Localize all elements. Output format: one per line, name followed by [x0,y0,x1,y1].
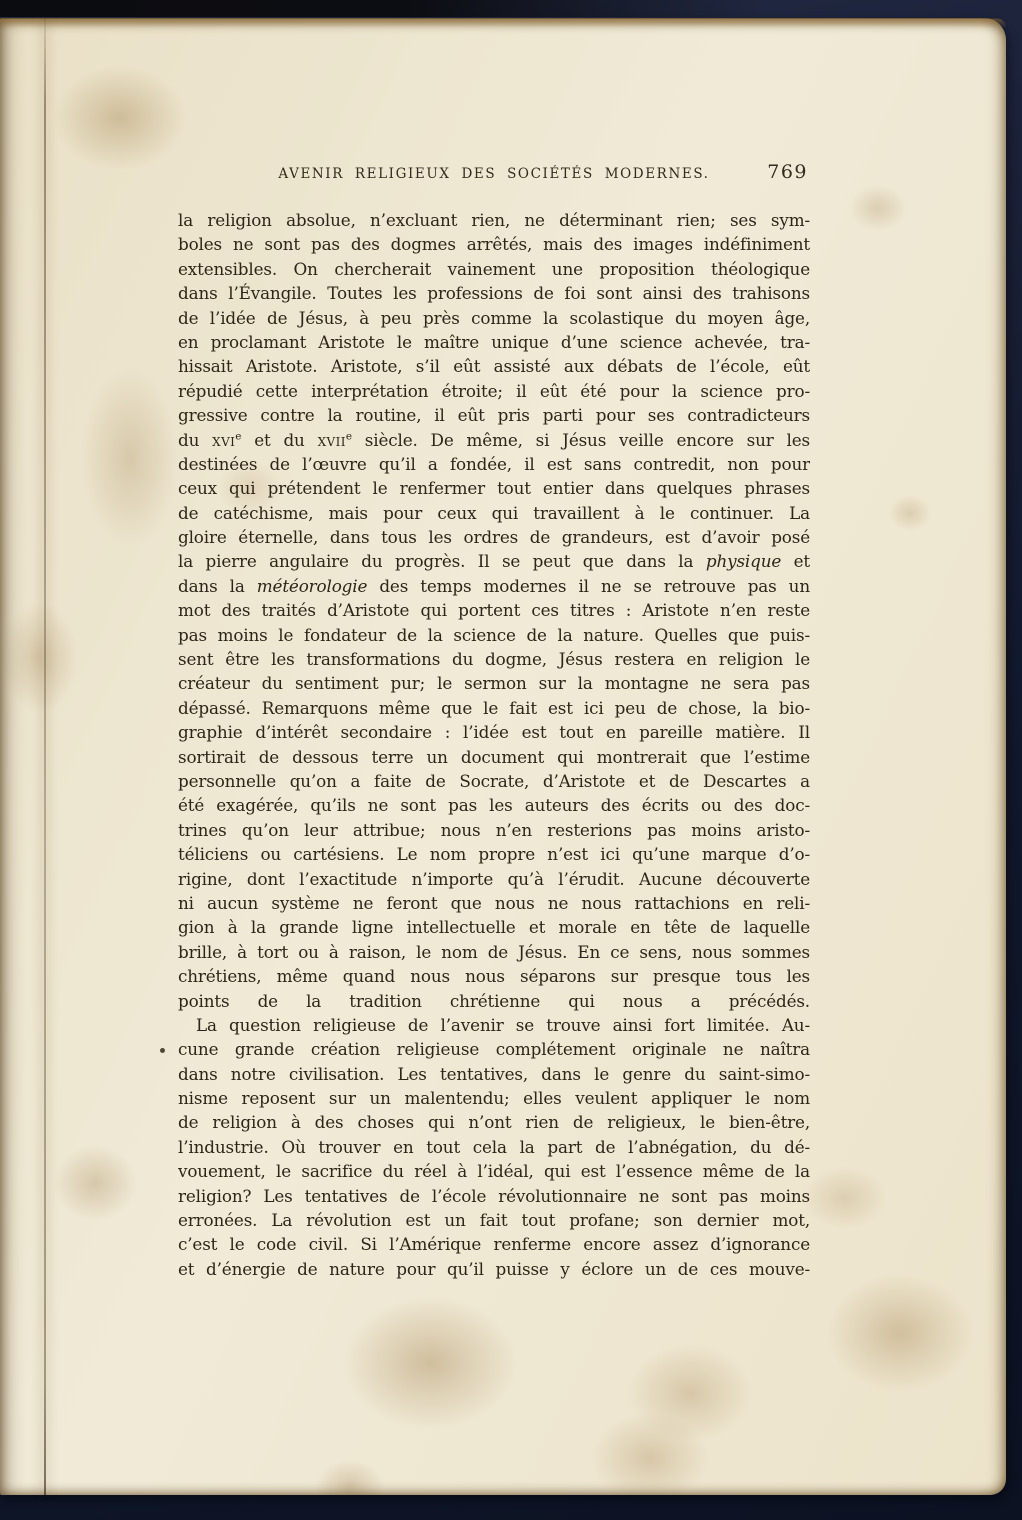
text-line: gion à la grande ligne intellectuelle et… [178,915,810,939]
text-line: personnelle qu’on a faite de Socrate, d’… [178,769,810,793]
page-top-edge [0,18,1006,28]
text-line: religion? Les tentatives de l’école révo… [178,1184,810,1208]
text-line: hissait Aristote. Aristote, s’il eût ass… [178,354,810,378]
text-line: gloire éternelle, dans tous les ordres d… [178,525,810,549]
text-line: répudié cette interprétation étroite; il… [178,379,810,403]
text-line: chrétiens, même quand nous nous séparons… [178,964,810,988]
gutter-crease [44,18,46,1495]
text-line: dans la météorologie des temps modernes … [178,574,810,598]
text-line: cune grande création religieuse compléte… [178,1037,810,1061]
text-line: c’est le code civil. Si l’Amérique renfe… [178,1232,810,1256]
body-text: la religion absolue, n’excluant rien, ne… [178,208,810,1281]
text-line: rigine, dont l’exactitude n’importe qu’à… [178,867,810,891]
text-line: ceux qui prétendent le renfermer tout en… [178,476,810,500]
text-line: de l’idée de Jésus, à peu près comme la … [178,306,810,330]
text-line: pas moins le fondateur de la science de … [178,623,810,647]
text-line: sortirait de dessous terre un document q… [178,745,810,769]
text-line: du xvie et du xviie siècle. De même, si … [178,428,810,452]
text-line: La question religieuse de l’avenir se tr… [178,1013,810,1037]
text-line: dans notre civilisation. Les tentatives,… [178,1062,810,1086]
text-line: brille, à tort ou à raison, le nom de Jé… [178,940,810,964]
text-line: téliciens ou cartésiens. Le nom propre n… [178,842,810,866]
text-line: et d’énergie de nature pour qu’il puisse… [178,1257,810,1281]
text-line: créateur du sentiment pur; le sermon sur… [178,671,810,695]
text-line: en proclamant Aristote le maître unique … [178,330,810,354]
text-line: extensibles. On chercherait vainement un… [178,257,810,281]
page-number: 769 [767,161,808,183]
text-line: ni aucun système ne feront que nous ne n… [178,891,810,915]
page-content: AVENIR RELIGIEUX DES SOCIÉTÉS MODERNES. … [178,152,810,1281]
text-line: la religion absolue, n’excluant rien, ne… [178,208,810,232]
ink-speck [160,1048,165,1053]
text-line: nisme reposent sur un malentendu; elles … [178,1086,810,1110]
text-line: boles ne sont pas des dogmes arrêtés, ma… [178,232,810,256]
text-line: points de la tradition chrétienne qui no… [178,989,810,1013]
book-cover-top-edge [0,0,900,17]
text-line: mot des traités d’Aristote qui portent c… [178,598,810,622]
text-line: la pierre angulaire du progrès. Il se pe… [178,549,810,573]
text-line: de religion à des choses qui n’ont rien … [178,1110,810,1134]
text-line: dépassé. Remarquons même que le fait est… [178,696,810,720]
text-line: trines qu’on leur attribue; nous n’en re… [178,818,810,842]
text-line: gressive contre la routine, il eût pris … [178,403,810,427]
running-header: AVENIR RELIGIEUX DES SOCIÉTÉS MODERNES. … [178,152,810,192]
text-line: dans l’Évangile. Toutes les professions … [178,281,810,305]
text-line: de catéchisme, mais pour ceux qui travai… [178,501,810,525]
text-line: sent être les transformations du dogme, … [178,647,810,671]
running-header-title: AVENIR RELIGIEUX DES SOCIÉTÉS MODERNES. [278,166,709,182]
text-line: destinées de l’œuvre qu’il a fondée, il … [178,452,810,476]
text-line: graphie d’intérêt secondaire : l’idée es… [178,720,810,744]
text-line: vouement, le sacrifice du réel à l’idéal… [178,1159,810,1183]
text-line: l’industrie. Où trouver en tout cela la … [178,1135,810,1159]
text-line: été exagérée, qu’ils ne sont pas les aut… [178,793,810,817]
book-page: AVENIR RELIGIEUX DES SOCIÉTÉS MODERNES. … [0,18,1006,1495]
text-line: erronées. La révolution est un fait tout… [178,1208,810,1232]
